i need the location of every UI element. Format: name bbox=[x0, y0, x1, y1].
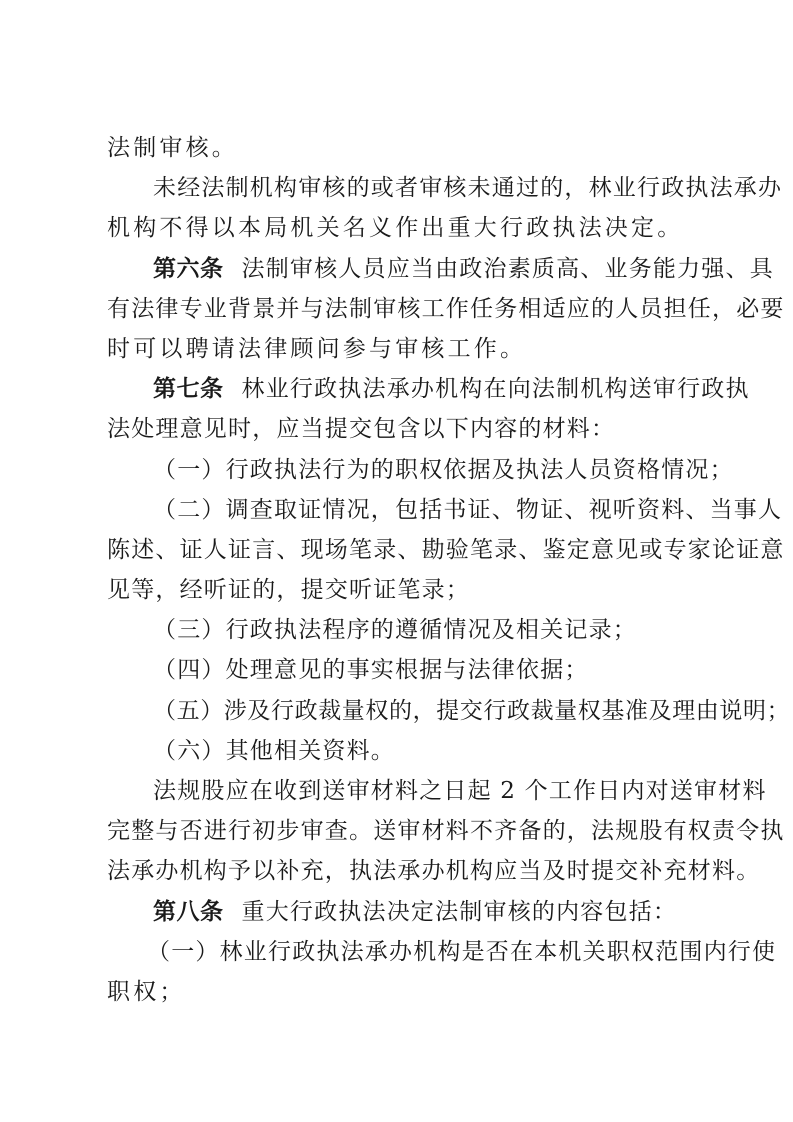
article-7-line: 第七条林业行政执法承办机构在向法制机构送审行政执 bbox=[107, 369, 693, 409]
paragraph-line: 机构不得以本局机关名义作出重大行政执法决定。 bbox=[107, 208, 693, 248]
paragraph-line: 见等，经听证的，提交听证笔录； bbox=[107, 570, 693, 610]
article-6-line: 第六条法制审核人员应当由政治素质高、业务能力强、具 bbox=[107, 249, 693, 289]
article-8-line: 第八条重大行政执法决定法制审核的内容包括： bbox=[107, 892, 693, 932]
article-text: 重大行政执法决定法制审核的内容包括： bbox=[242, 899, 678, 925]
article-text: 林业行政执法承办机构在向法制机构送审行政执 bbox=[242, 376, 750, 402]
list-item: （三）行政执法程序的遵循情况及相关记录； bbox=[107, 610, 693, 650]
article-heading: 第六条 bbox=[153, 256, 224, 282]
paragraph-line: 有法律专业背景并与法制审核工作任务相适应的人员担任，必要 bbox=[107, 289, 693, 329]
list-item: （一）林业行政执法承办机构是否在本机关职权范围内行使 bbox=[107, 932, 693, 972]
list-item: （五）涉及行政裁量权的，提交行政裁量权基准及理由说明； bbox=[107, 691, 693, 731]
article-heading: 第七条 bbox=[153, 376, 224, 402]
paragraph-line: 职权； bbox=[107, 972, 693, 1012]
list-item: （二）调查取证情况，包括书证、物证、视听资料、当事人 bbox=[107, 490, 693, 530]
paragraph-line: 陈述、证人证言、现场笔录、勘验笔录、鉴定意见或专家论证意 bbox=[107, 530, 693, 570]
paragraph-line: 法规股应在收到送审材料之日起 2 个工作日内对送审材料 bbox=[107, 771, 693, 811]
list-item: （一）行政执法行为的职权依据及执法人员资格情况； bbox=[107, 450, 693, 490]
paragraph-line: 未经法制机构审核的或者审核未通过的，林业行政执法承办 bbox=[107, 168, 693, 208]
article-text: 法制审核人员应当由政治素质高、业务能力强、具 bbox=[242, 256, 774, 282]
article-heading: 第八条 bbox=[153, 899, 224, 925]
list-item: （四）处理意见的事实根据与法律依据； bbox=[107, 650, 693, 690]
paragraph-line: 完整与否进行初步审查。送审材料不齐备的，法规股有权责令执 bbox=[107, 811, 693, 851]
paragraph-line: 时可以聘请法律顾问参与审核工作。 bbox=[107, 329, 693, 369]
paragraph-line: 法承办机构予以补充，执法承办机构应当及时提交补充材料。 bbox=[107, 851, 693, 891]
paragraph-line: 法处理意见时，应当提交包含以下内容的材料： bbox=[107, 409, 693, 449]
list-item: （六）其他相关资料。 bbox=[107, 731, 693, 771]
document-page: 法制审核。 未经法制机构审核的或者审核未通过的，林业行政执法承办 机构不得以本局… bbox=[107, 128, 693, 1012]
paragraph-line: 法制审核。 bbox=[107, 128, 693, 168]
